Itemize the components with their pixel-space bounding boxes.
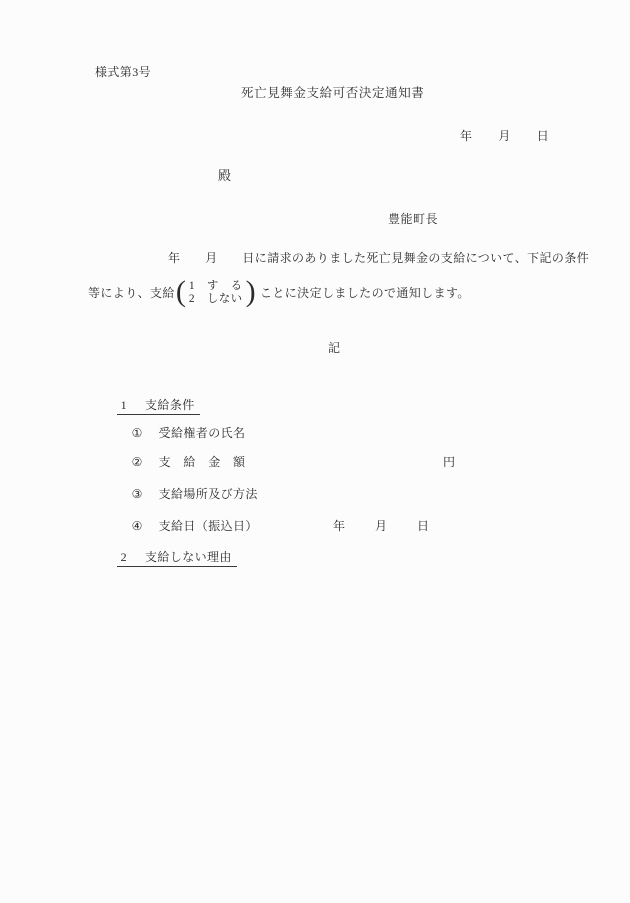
sender-name: 豊能町長 bbox=[388, 212, 438, 227]
close-paren: ) bbox=[245, 278, 257, 306]
body-line-2-prefix: 等により、支給 bbox=[88, 286, 175, 301]
form-number: 様式第3号 bbox=[95, 65, 151, 80]
item-1-marker: ① bbox=[132, 426, 146, 441]
choice-option-not-pay: 2 しない bbox=[189, 293, 243, 306]
addressee-honorific: 殿 bbox=[218, 168, 231, 183]
body-line-2-suffix: ことに決定しましたので通知します。 bbox=[257, 286, 470, 301]
open-paren: ( bbox=[175, 278, 187, 306]
issue-date-placeholder: 年 月 日 bbox=[460, 129, 550, 144]
item-4-date-placeholder: 年 月 日 bbox=[333, 519, 431, 534]
item-2-marker: ② bbox=[132, 455, 146, 470]
item-4-marker: ④ bbox=[132, 519, 146, 534]
document-title: 死亡見舞金支給可否決定通知書 bbox=[241, 86, 424, 101]
item-1-label: 受給権者の氏名 bbox=[159, 426, 246, 440]
item-3-marker: ③ bbox=[132, 487, 146, 502]
document-page: 様式第3号 死亡見舞金支給可否決定通知書 年 月 日 殿 豊能町長 年 月 日に… bbox=[0, 0, 630, 903]
item-2-yen-label: 円 bbox=[443, 455, 455, 470]
section-2-heading: 2支給しない理由 bbox=[117, 550, 237, 567]
item-3-label: 支給場所及び方法 bbox=[159, 487, 258, 501]
section-2-number: 2 bbox=[121, 550, 127, 565]
section-2-title: 支給しない理由 bbox=[145, 550, 232, 564]
item-4-label: 支給日（振込日） bbox=[159, 519, 258, 533]
item-2-label: 支 給 金 額 bbox=[159, 455, 246, 469]
payment-choice-group: 1 す る 2 しない bbox=[187, 280, 245, 306]
body-line-1: 年 月 日に請求のありました死亡見舞金の支給について、下記の条件 bbox=[168, 251, 589, 266]
section-1-title: 支給条件 bbox=[145, 398, 195, 412]
section-reason-not-paying: 2支給しない理由 bbox=[103, 535, 237, 580]
note-heading: 記 bbox=[328, 341, 340, 356]
body-line-2: 等により、支給 ( 1 す る 2 しない ) ことに決定しましたので通知します… bbox=[88, 279, 470, 307]
choice-option-pay: 1 す る bbox=[189, 280, 243, 293]
